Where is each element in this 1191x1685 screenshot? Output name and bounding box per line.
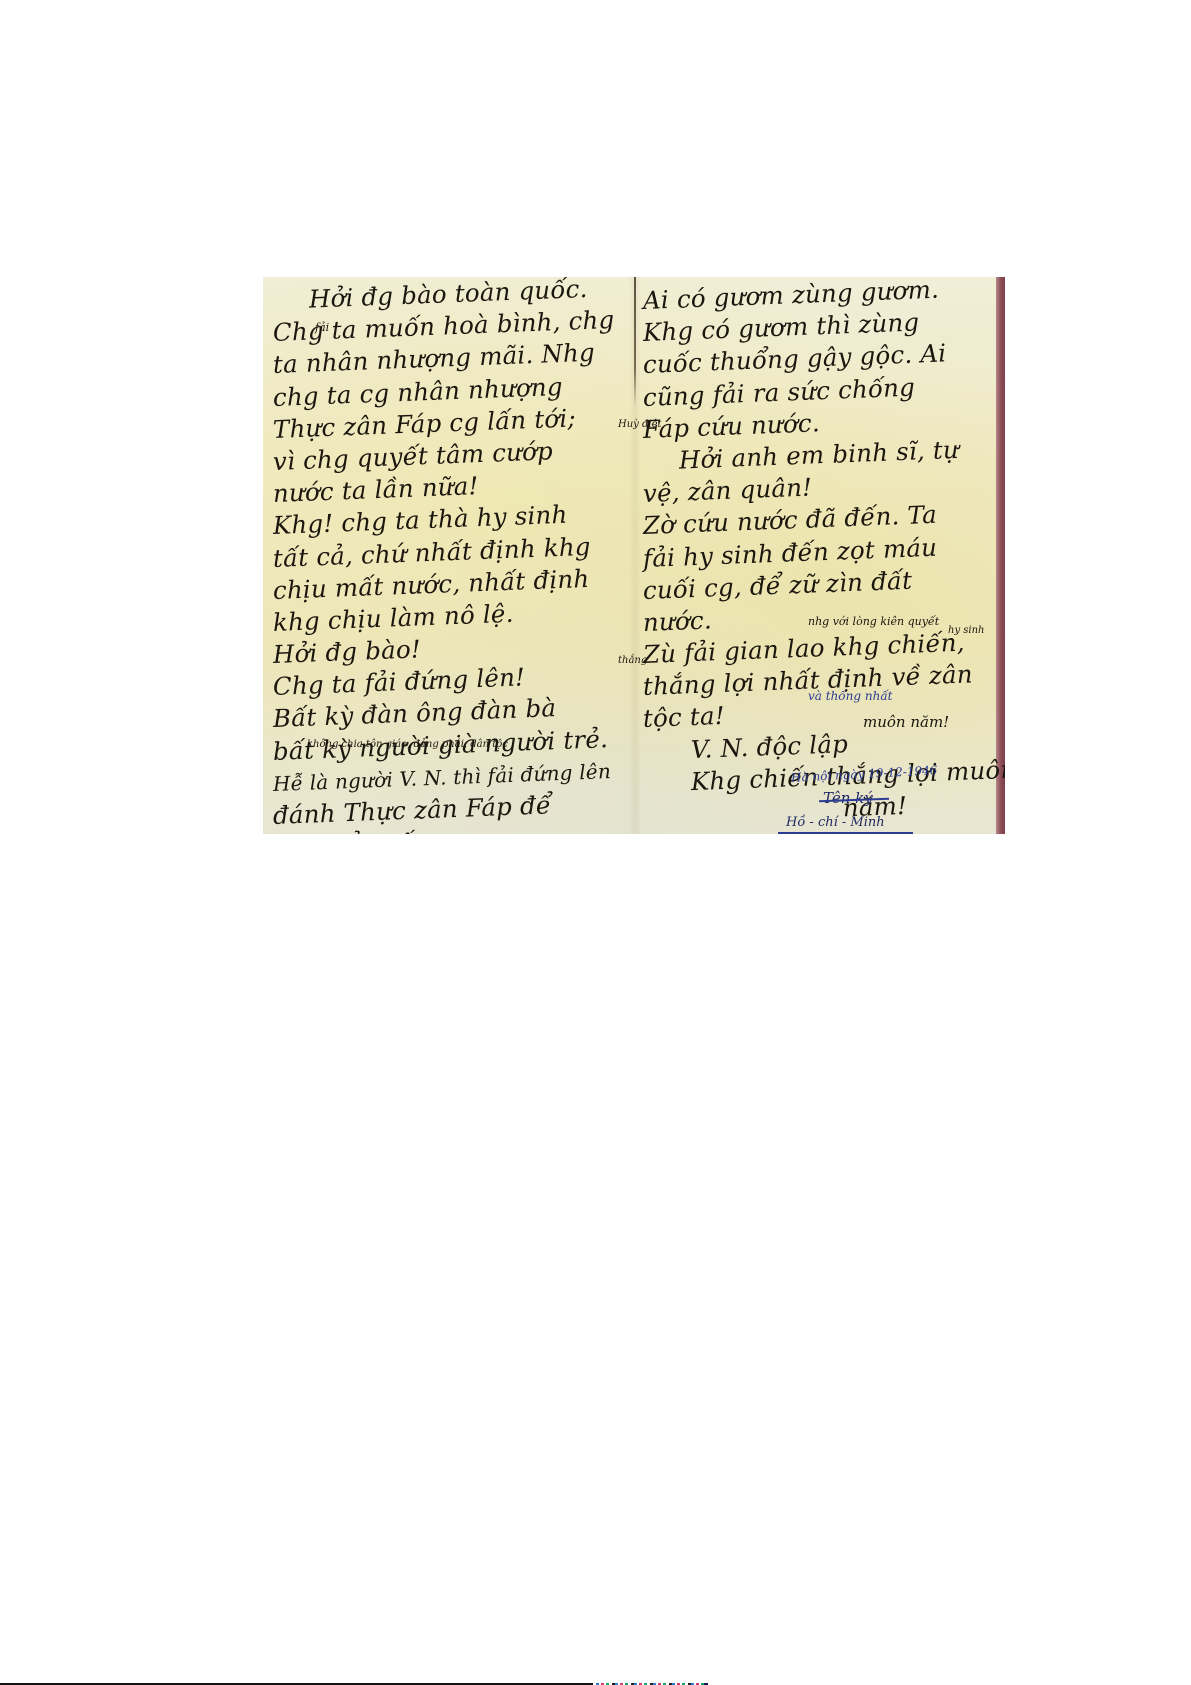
photo-mount-edge (996, 277, 1005, 834)
handwritten-insert: fải (315, 321, 329, 334)
handwritten-insert: không chia tôn giáo, đảng phái, dân tộc (307, 739, 508, 750)
signature-underline (778, 832, 913, 834)
handwritten-letter-photo: Hởi đg bào toàn quốc. Chg ta muốn hoà bì… (263, 277, 1005, 834)
paper-fold-line (634, 277, 636, 407)
margin-note: Huỳ diệt (618, 419, 662, 430)
handwritten-insert: nhg với lòng kiên quyết (808, 615, 939, 628)
blue-ink-insert: và thống nhất (808, 689, 893, 703)
signature: Hồ - chí - Minh (786, 815, 885, 830)
document-page: Hởi đg bào toàn quốc. Chg ta muốn hoà bì… (0, 0, 1191, 1685)
left-column-text: Hởi đg bào toàn quốc. Chg ta muốn hoà bì… (273, 285, 623, 834)
margin-note: thắng (618, 655, 647, 666)
handwritten-insert: muôn năm! (863, 713, 949, 731)
right-column-text: Ai có gươm zùng gươm. Khg có gươm thì zù… (643, 285, 993, 832)
handwritten-insert: hy sinh (948, 625, 984, 636)
